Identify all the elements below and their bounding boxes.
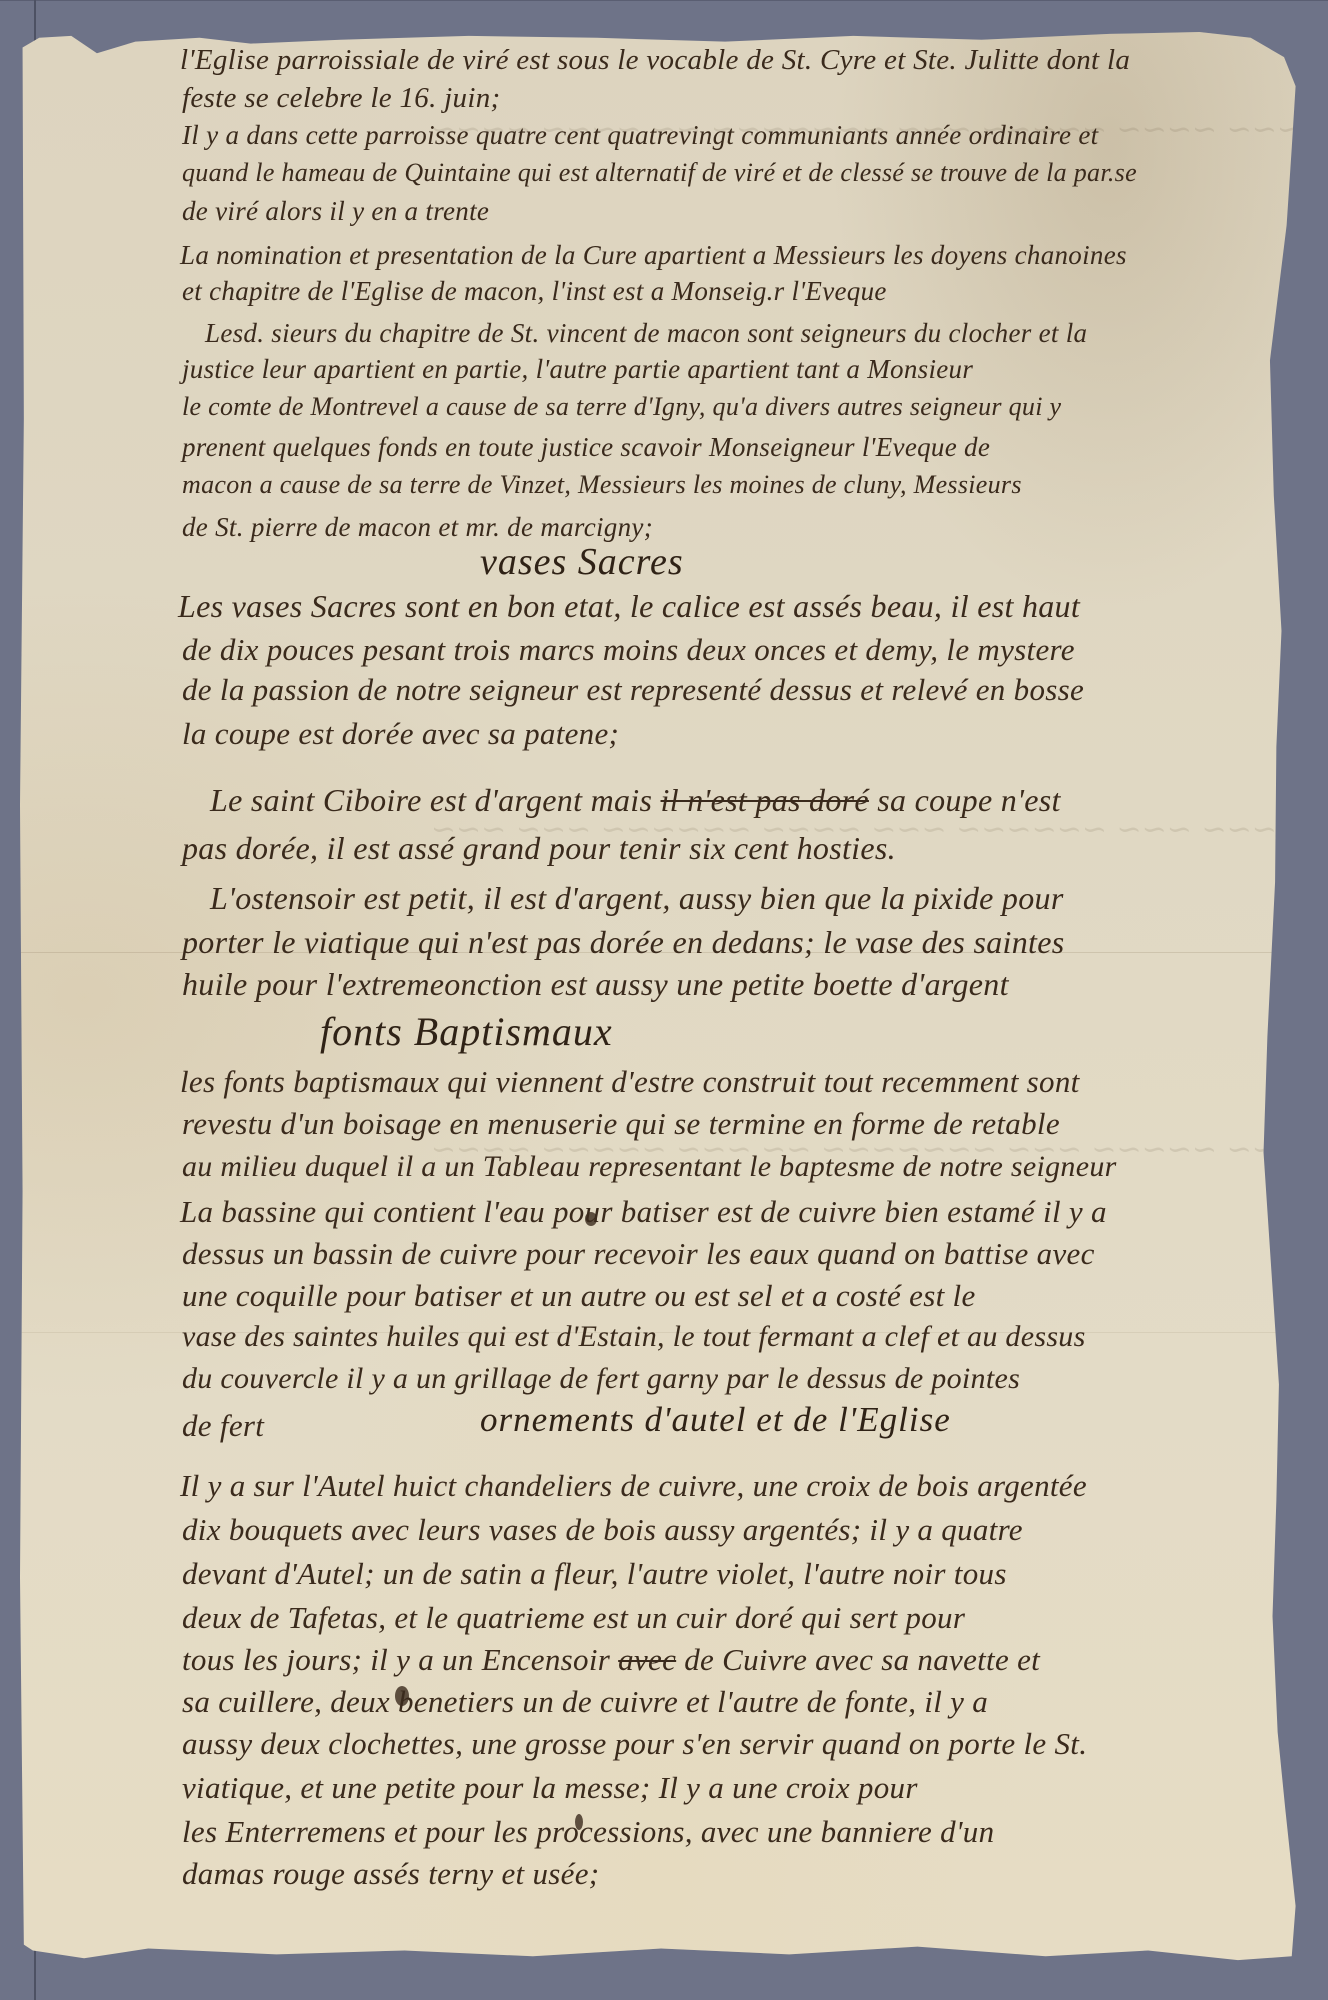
text-line: damas rouge assés terny et usée; [182,1856,599,1892]
text-line: Les vases Sacres sont en bon etat, le ca… [178,588,1080,625]
text-line: sa cuillere, deux benetiers un de cuivre… [182,1684,988,1720]
text-line: macon a cause de sa terre de Vinzet, Mes… [182,470,1022,500]
text-line: les Enterremens et pour les processions,… [182,1814,994,1850]
text-line: huile pour l'extremeonction est aussy un… [182,966,1009,1003]
text-segment: tous les jours; il y a un Encensoir [182,1642,618,1677]
text-line: quand le hameau de Quintaine qui est alt… [182,158,1137,188]
text-line: Il y a dans cette parroisse quatre cent … [182,120,1098,151]
text-line: de fert [182,1408,264,1444]
text-line: de dix pouces pesant trois marcs moins d… [182,632,1075,668]
text-line: deux de Tafetas, et le quatrieme est un … [182,1600,965,1636]
text-line: de St. pierre de macon et mr. de marcign… [182,512,653,543]
text-line: feste se celebre le 16. juin; [182,82,500,115]
struck-text: avec [618,1642,676,1677]
text-line: vase des saintes huiles qui est d'Estain… [182,1320,1086,1354]
text-line: devant d'Autel; un de satin a fleur, l'a… [182,1556,1007,1592]
text-segment: Le saint Ciboire est d'argent mais [210,782,661,818]
text-line: porter le viatique qui n'est pas dorée e… [182,924,1064,961]
text-line: le comte de Montrevel a cause de sa terr… [182,392,1061,422]
text-line: de viré alors il y en a trente [182,196,489,227]
text-line: l'Eglise parroissiale de viré est sous l… [180,44,1130,77]
text-line: Lesd. sieurs du chapitre de St. vincent … [205,318,1087,349]
text-segment: de Cuivre avec sa navette et [676,1642,1040,1677]
text-line: du couvercle il y a un grillage de fert … [182,1362,1020,1396]
text-line: L'ostensoir est petit, il est d'argent, … [210,880,1064,917]
mount-top-edge [0,0,1328,1]
text-line: la coupe est dorée avec sa patene; [182,716,619,752]
text-line: au milieu duquel il a un Tableau represe… [182,1150,1117,1184]
text-line: Le saint Ciboire est d'argent mais il n'… [210,782,1061,819]
text-line: justice leur apartient en partie, l'autr… [182,354,973,385]
text-line: les fonts baptismaux qui viennent d'estr… [180,1064,1080,1100]
text-line: La nomination et presentation de la Cure… [180,240,1127,271]
text-line: et chapitre de l'Eglise de macon, l'inst… [182,276,887,307]
text-line: La bassine qui contient l'eau pour batis… [180,1194,1107,1230]
text-line: dix bouquets avec leurs vases de bois au… [182,1512,1023,1548]
struck-text: il n'est pas doré [661,782,869,818]
section-heading-vases-sacres: vases Sacres [480,540,684,584]
text-line: prenent quelques fonds en toute justice … [182,432,990,463]
section-heading-fonts-baptismaux: fonts Baptismaux [320,1008,613,1055]
text-line: tous les jours; il y a un Encensoir avec… [182,1642,1040,1678]
text-line: une coquille pour batiser et un autre ou… [182,1278,976,1314]
text-line: de la passion de notre seigneur est repr… [182,672,1084,708]
text-line: dessus un bassin de cuivre pour recevoir… [182,1236,1095,1272]
text-line: viatique, et une petite pour la messe; I… [182,1770,918,1806]
text-line: pas dorée, il est assé grand pour tenir … [182,830,896,867]
text-segment: sa coupe n'est [869,782,1061,818]
text-line: revestu d'un boisage en menuserie qui se… [182,1106,1060,1142]
text-line: Il y a sur l'Autel huict chandeliers de … [180,1468,1087,1504]
text-line: aussy deux clochettes, une grosse pour s… [182,1726,1087,1762]
section-heading-ornements: ornements d'autel et de l'Eglise [480,1400,951,1440]
